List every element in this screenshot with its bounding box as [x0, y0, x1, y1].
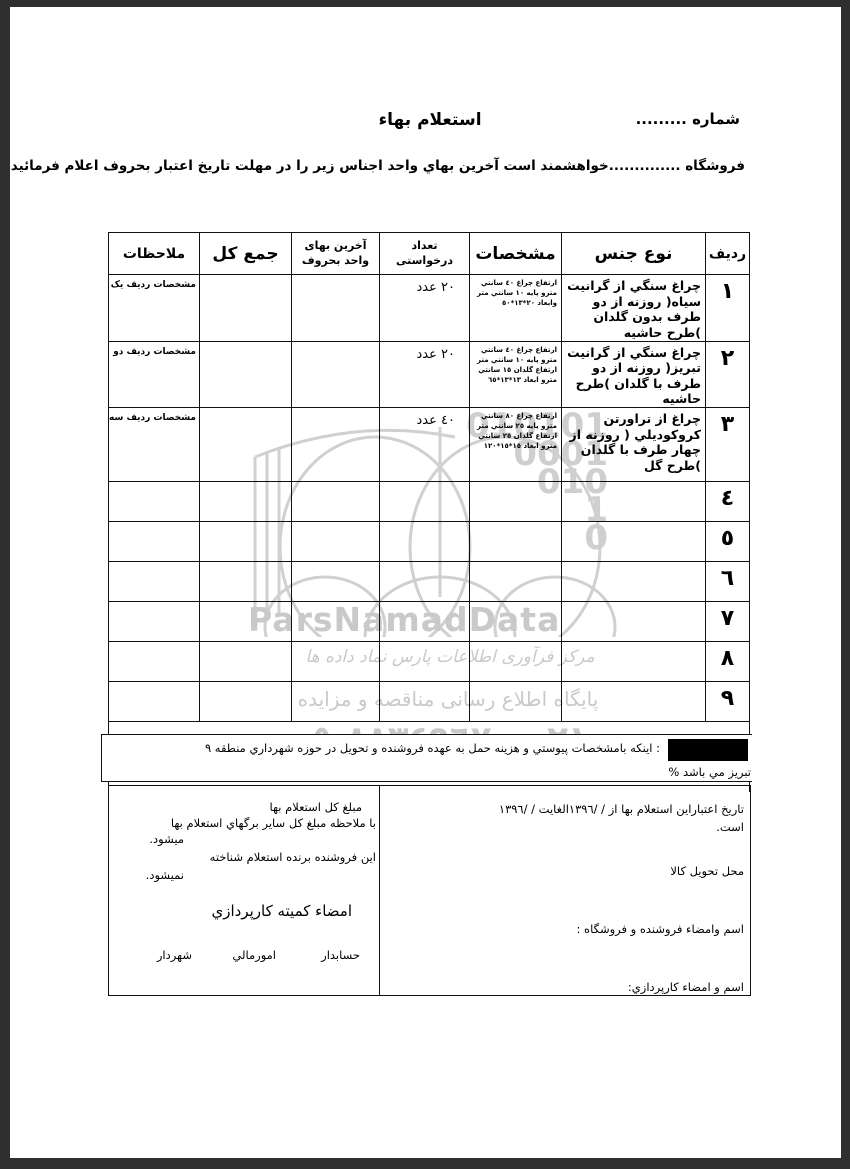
signatory-accountant: حسابدار — [321, 948, 360, 962]
specs-cell[interactable] — [470, 602, 562, 642]
remarks-cell: مشخصات رديف سه — [109, 408, 200, 482]
col-header-row: رديف — [706, 233, 750, 275]
unit-price-cell[interactable] — [292, 341, 380, 408]
spec-line: مترو ابعاد ١٥*١٥*١٢٠ — [472, 441, 557, 451]
table-row: ٥ — [109, 522, 750, 562]
col-header-goods: نوع جنس — [562, 233, 706, 275]
table-row: ٣ چراغ از تراورتن کروکوديلي ( روزنه از چ… — [109, 408, 750, 482]
total-cell[interactable] — [200, 562, 292, 602]
goods-cell[interactable] — [562, 522, 706, 562]
specs-cell: ارتفاع چراغ ٤٠ سانتي مترو پايه ١٠ سانتي … — [470, 275, 562, 342]
spec-line: ارتفاع چراغ ٨٠ سانتي — [472, 411, 557, 421]
table-row: ٧ — [109, 602, 750, 642]
total-cell[interactable] — [200, 275, 292, 342]
total-cell[interactable] — [200, 522, 292, 562]
col-header-specs: مشخصات — [470, 233, 562, 275]
remarks-cell[interactable] — [109, 482, 200, 522]
validity-date-line1: تاريخ اعتباراين استعلام بها از / /١٣٩٦ال… — [499, 802, 744, 816]
goods-cell[interactable] — [562, 602, 706, 642]
col-header-qty-line1: تعداد — [380, 239, 469, 254]
spec-line: ارتفاع گلدان ١٥ سانتي — [472, 365, 557, 375]
remarks-cell[interactable] — [109, 522, 200, 562]
goods-cell[interactable] — [562, 562, 706, 602]
qty-cell[interactable] — [380, 522, 470, 562]
signatory-mayor: شهردار — [157, 948, 192, 962]
unit-price-cell[interactable] — [292, 562, 380, 602]
remarks-cell[interactable] — [109, 642, 200, 682]
qty-cell[interactable] — [380, 562, 470, 602]
terms-note-line1: : اينکه بامشخصات پيوستي و هزينه حمل به ع… — [205, 741, 660, 755]
goods-cell[interactable] — [562, 482, 706, 522]
col-header-qty: تعداد درخواستی — [380, 233, 470, 275]
section-divider — [379, 786, 380, 995]
spec-line: ارتفاع چراغ ٤٠ سانتي — [472, 345, 557, 355]
remarks-cell[interactable] — [109, 562, 200, 602]
spec-line: مترو پايه ١٠ سانتي متر — [472, 355, 557, 365]
redacted-block — [668, 739, 748, 761]
spec-line: مترو ابعاد ١٣*١٣*٦٥ — [472, 375, 557, 385]
col-header-unit-price-line1: آخرين بهای — [292, 239, 379, 254]
spec-line: ارتفاع گلدان ٢٥ سانتي — [472, 431, 557, 441]
terms-note-line2: تبريز مي باشد % — [570, 765, 751, 779]
col-header-unit-price: آخرين بهای واحد بحروف — [292, 233, 380, 275]
row-number: ٧ — [706, 602, 750, 642]
row-number: ١ — [706, 275, 750, 342]
specs-cell: ارتفاع چراغ ٤٠ سانتي مترو پايه ١٠ سانتي … — [470, 341, 562, 408]
total-cell[interactable] — [200, 642, 292, 682]
total-note-line4: نميشود. — [146, 868, 184, 882]
unit-price-cell[interactable] — [292, 522, 380, 562]
document-number: شماره ......... — [610, 110, 740, 128]
goods-cell[interactable] — [562, 642, 706, 682]
remarks-cell[interactable] — [109, 682, 200, 722]
remarks-cell: مشخصات رديف يک — [109, 275, 200, 342]
unit-price-cell[interactable] — [292, 408, 380, 482]
specs-cell[interactable] — [470, 522, 562, 562]
signatory-finance: امورمالي — [232, 948, 276, 962]
spec-line: مترو پايه ٢٥ سانتي متر — [472, 421, 557, 431]
goods-cell[interactable] — [562, 682, 706, 722]
table-row: ٤ — [109, 482, 750, 522]
row-number: ٥ — [706, 522, 750, 562]
row-number: ٢ — [706, 341, 750, 408]
goods-cell: چراغ سنگي از گرانيت تبريز( روزنه از دو ط… — [562, 341, 706, 408]
signature-section: تاريخ اعتباراين استعلام بها از / /١٣٩٦ال… — [108, 785, 751, 996]
unit-price-cell[interactable] — [292, 602, 380, 642]
goods-cell: چراغ از تراورتن کروکوديلي ( روزنه از چها… — [562, 408, 706, 482]
total-cell[interactable] — [200, 341, 292, 408]
remarks-cell[interactable] — [109, 602, 200, 642]
specs-cell[interactable] — [470, 482, 562, 522]
items-table: رديف نوع جنس مشخصات تعداد درخواستی آخرين… — [108, 232, 750, 792]
table-row: ٦ — [109, 562, 750, 602]
spec-line: مترو پايه ١٠ سانتي متر — [472, 288, 557, 298]
total-cell[interactable] — [200, 408, 292, 482]
table-row: ٩ — [109, 682, 750, 722]
specs-cell[interactable] — [470, 562, 562, 602]
total-cell[interactable] — [200, 602, 292, 642]
row-number: ٤ — [706, 482, 750, 522]
delivery-place-label: محل تحويل کالا — [670, 864, 744, 878]
qty-cell[interactable] — [380, 482, 470, 522]
total-note-line3: اين فروشنده برنده استعلام شناخته — [210, 850, 376, 864]
total-cell[interactable] — [200, 482, 292, 522]
unit-price-cell[interactable] — [292, 275, 380, 342]
specs-cell[interactable] — [470, 642, 562, 682]
qty-cell: ٤٠ عدد — [380, 408, 470, 482]
unit-price-cell[interactable] — [292, 482, 380, 522]
qty-cell: ٢٠ عدد — [380, 275, 470, 342]
spec-line: ارتفاع چراغ ٤٠ سانتي — [472, 278, 557, 288]
qty-cell[interactable] — [380, 602, 470, 642]
col-header-remarks: ملاحظات — [109, 233, 200, 275]
row-number: ٨ — [706, 642, 750, 682]
row-number: ٩ — [706, 682, 750, 722]
col-header-qty-line2: درخواستی — [380, 254, 469, 269]
col-header-total: جمع کل — [200, 233, 292, 275]
document-page: 010101 0001 010 1 0 ParsNamadData مرکز ف… — [10, 7, 841, 1158]
page-title: استعلام بهاء — [340, 110, 520, 130]
seller-signature-label: اسم وامضاء فروشنده و فروشگاه : — [577, 922, 744, 936]
intro-text: فروشگاه ..............خواهشمند است آخرين… — [105, 158, 745, 174]
procurement-signature-label: اسم و امضاء کارپردازي: — [628, 980, 744, 994]
table-row: ٢ چراغ سنگي از گرانيت تبريز( روزنه از دو… — [109, 341, 750, 408]
col-header-unit-price-line2: واحد بحروف — [292, 254, 379, 269]
table-row: ١ چراغ سنگي از گرانيت سياه( روزنه از دو … — [109, 275, 750, 342]
total-note-line1: با ملاحظه مبلغ کل ساير برگهاي استعلام به… — [171, 816, 376, 830]
remarks-cell: مشخصات رديف دو — [109, 341, 200, 408]
validity-date-line2: است. — [716, 820, 744, 834]
qty-cell[interactable] — [380, 682, 470, 722]
qty-cell[interactable] — [380, 642, 470, 682]
goods-cell: چراغ سنگي از گرانيت سياه( روزنه از دو طر… — [562, 275, 706, 342]
committee-signature-label: امضاء کميته کارپردازي — [211, 902, 352, 920]
specs-cell: ارتفاع چراغ ٨٠ سانتي مترو پايه ٢٥ سانتي … — [470, 408, 562, 482]
row-number: ٣ — [706, 408, 750, 482]
total-note-line2: ميشود. — [149, 832, 184, 846]
table-header-row: رديف نوع جنس مشخصات تعداد درخواستی آخرين… — [109, 233, 750, 275]
unit-price-cell[interactable] — [292, 642, 380, 682]
unit-price-cell[interactable] — [292, 682, 380, 722]
table-row: ٨ — [109, 642, 750, 682]
specs-cell[interactable] — [470, 682, 562, 722]
qty-cell: ٢٠ عدد — [380, 341, 470, 408]
spec-line: وابعاد ٢٠*١٣*٥٠ — [472, 298, 557, 308]
total-cell[interactable] — [200, 682, 292, 722]
total-amount-label: مبلغ کل استعلام بها — [269, 800, 362, 814]
row-number: ٦ — [706, 562, 750, 602]
